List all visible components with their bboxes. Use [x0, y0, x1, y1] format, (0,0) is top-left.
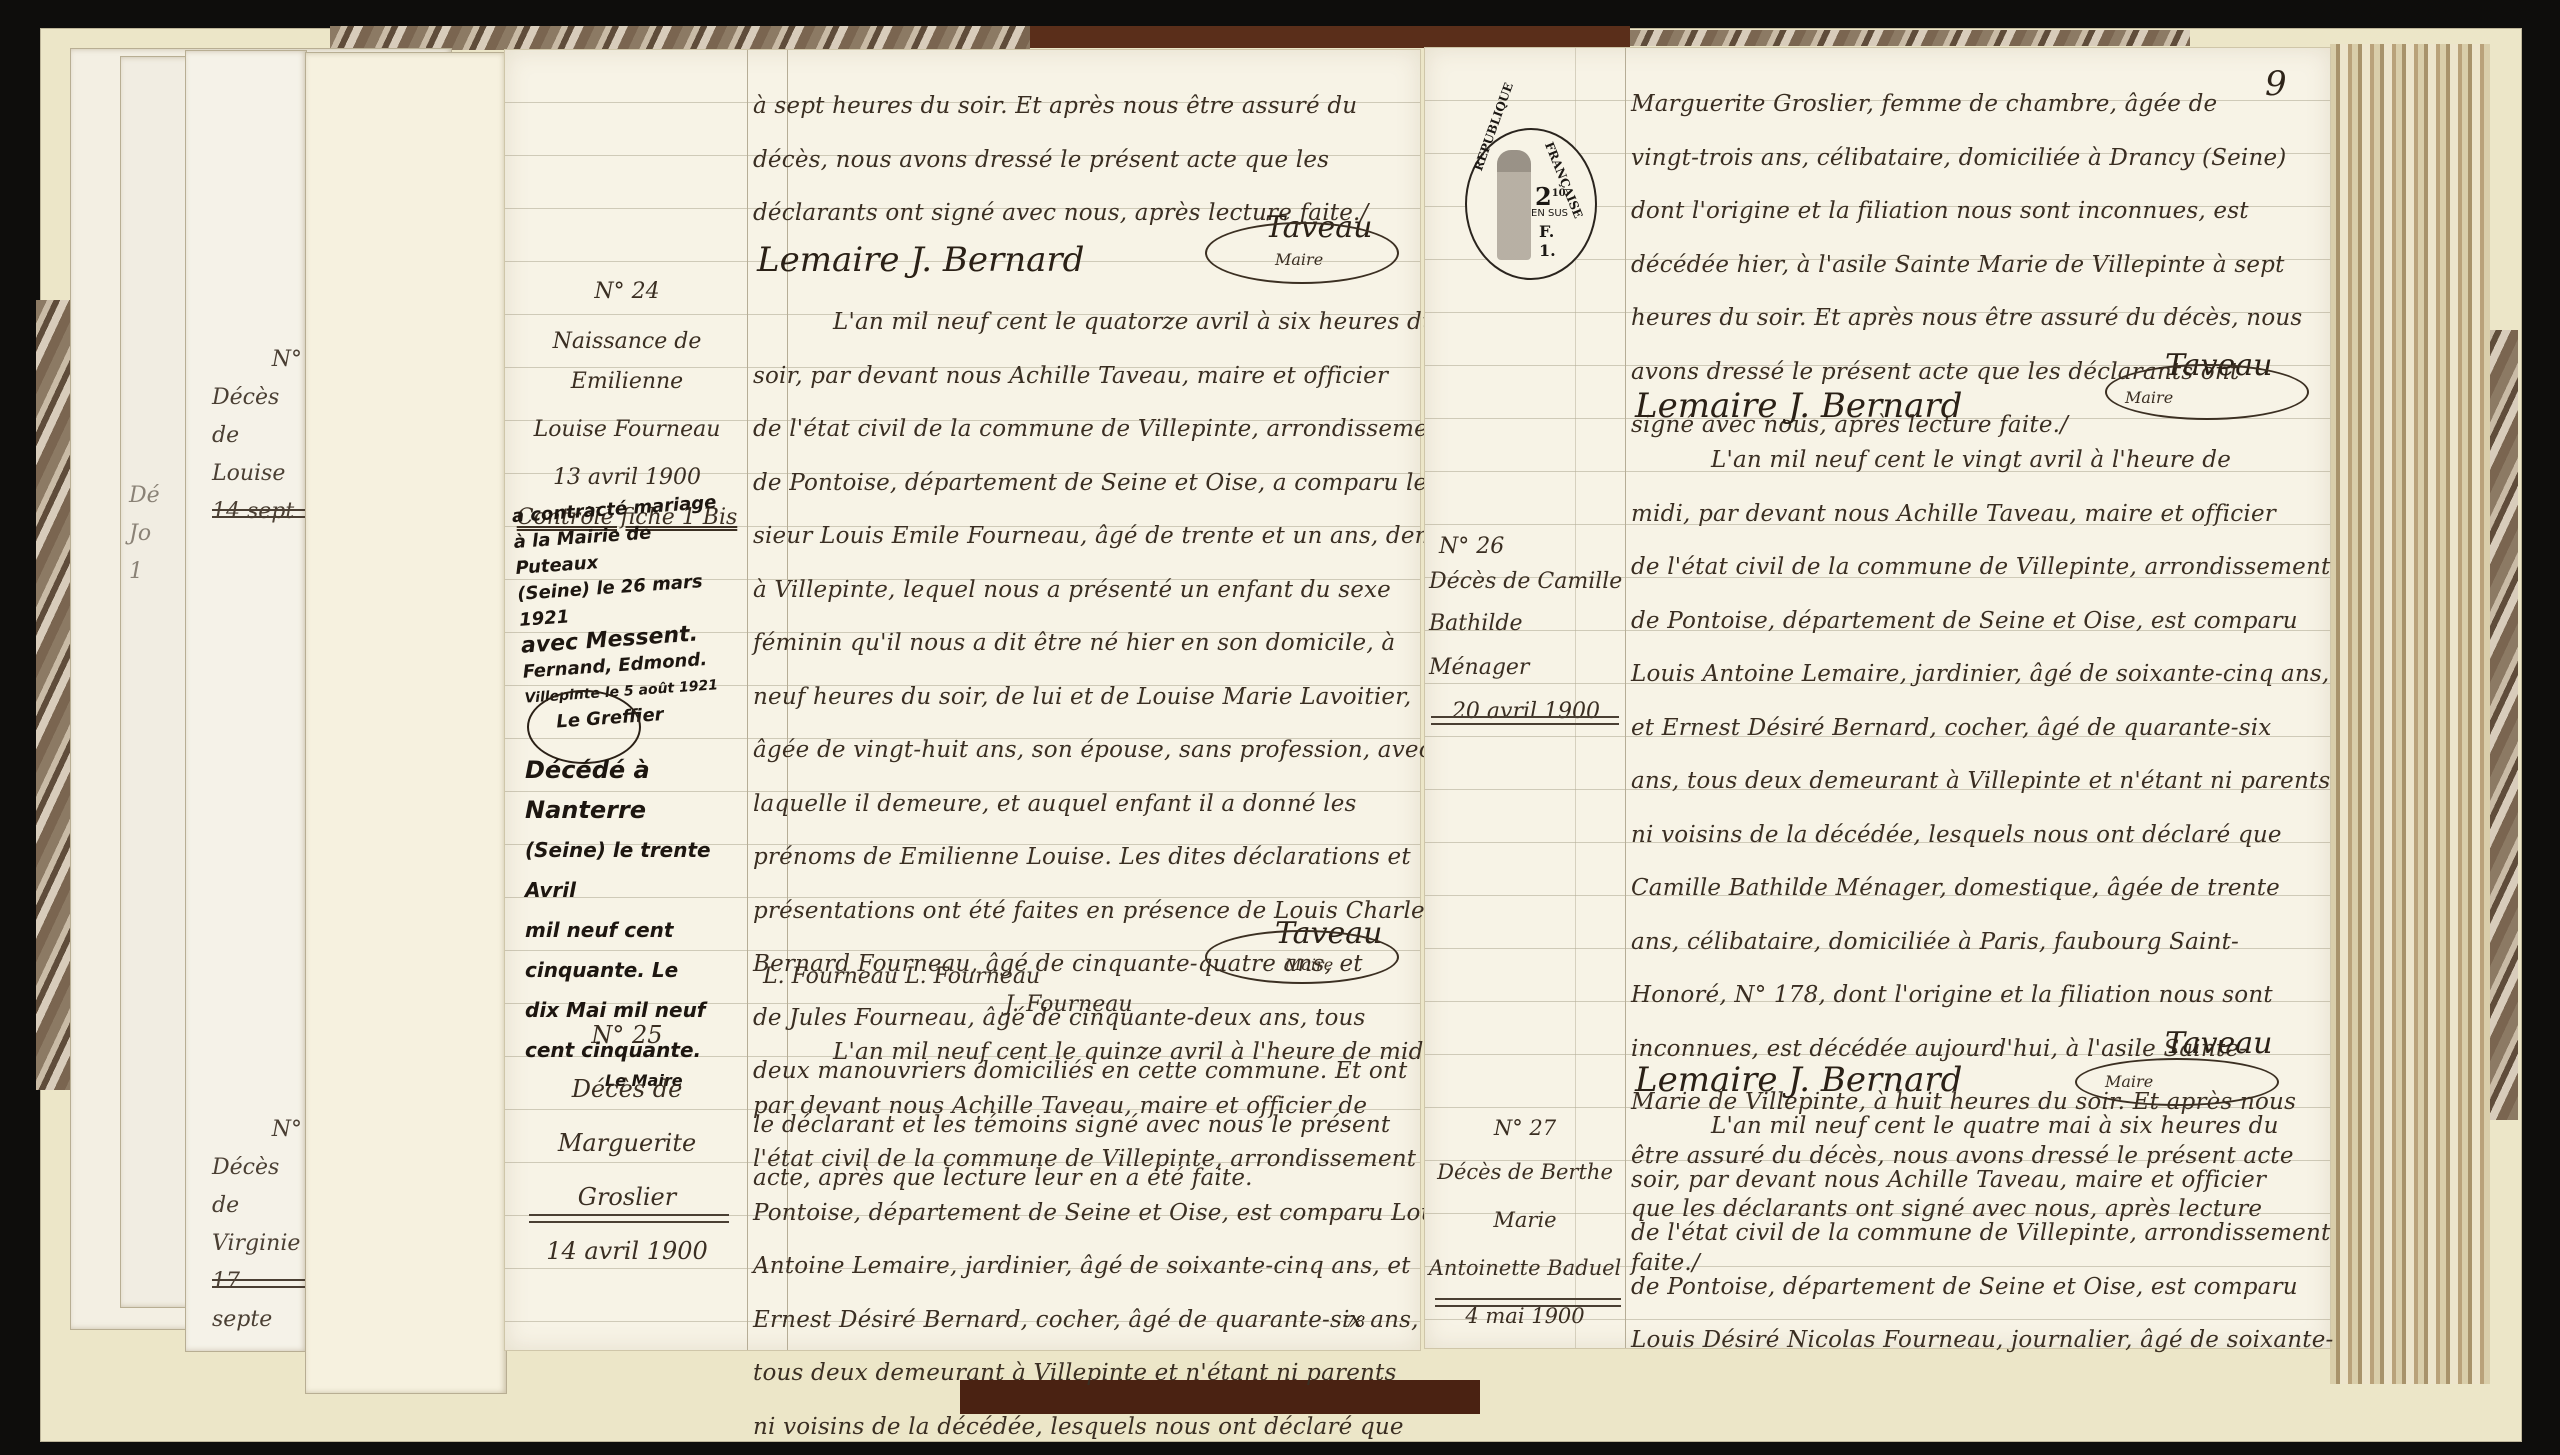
text-line: de Pontoise, département de Seine et Ois…: [1631, 595, 2330, 649]
entry-title: Naissance de Emilienne: [509, 322, 745, 402]
text-line: soir, par devant nous Achille Taveau, ma…: [1631, 1154, 2334, 1208]
under-page-3: N° Décès de Louise 14 sept N° Décès de V…: [185, 50, 307, 1352]
annotation-line: mil neuf cent: [525, 910, 745, 950]
under-page-3-entry-a: N° Décès de Louise 14 sept: [212, 341, 306, 531]
text-line: ni voisins de la décédée, lesquels nous …: [1631, 809, 2330, 863]
entry-title: Décès de: [212, 1149, 306, 1225]
text-line: L'an mil neuf cent le quatorze avril à s…: [753, 296, 1515, 350]
entry-25-text: L'an mil neuf cent le quinze avril à l'h…: [753, 1026, 1455, 1454]
page-number: 78: [1345, 1312, 1365, 1331]
entry-title: Décès de: [212, 379, 306, 455]
text-line: de l'état civil de la commune de Villepi…: [1631, 541, 2330, 595]
text-line: heures du soir. Et après nous être assur…: [1631, 292, 2302, 346]
under-page-2-line: Jo: [129, 515, 160, 553]
witness-signatures: Lemaire J. Bernard: [1635, 386, 1962, 426]
text-line: L'an mil neuf cent le vingt avril à l'he…: [1631, 434, 2330, 488]
witness-signature-3: J. Fourneau: [1005, 992, 1133, 1017]
text-line: prénoms de Emilienne Louise. Les dites d…: [753, 831, 1515, 885]
entry-title: Décès de Berthe Marie: [1427, 1148, 1623, 1244]
text-line: Camille Bathilde Ménager, domestique, âg…: [1631, 862, 2330, 916]
annotation-line: Décédé à Nanterre: [525, 750, 745, 830]
book-spine-top: [1030, 26, 1630, 48]
mayor-title: Maire: [2125, 388, 2173, 407]
text-line: présentations ont été faites en présence…: [753, 885, 1515, 939]
entry-number: N° 25: [509, 1008, 745, 1062]
text-line: sieur Louis Emile Fourneau, âgé de trent…: [753, 510, 1515, 564]
entry-number: N°: [212, 341, 306, 379]
stamp-value-number: 2: [1535, 182, 1552, 211]
text-line: décès, nous avons dressé le présent acte…: [753, 134, 1368, 188]
register-page-right: REPUBLIQUE FRANÇAISE 210 EN SUS F.1. 9 M…: [1425, 48, 2330, 1348]
entry-name: Bathilde Ménager: [1429, 602, 1623, 690]
text-line: féminin qu'il nous a dit être né hier en…: [753, 617, 1515, 671]
entry-number: N° 27: [1427, 1108, 1623, 1148]
text-line: Louis Désiré Nicolas Fourneau, journalie…: [1631, 1314, 2334, 1368]
entry-title: Décès de Camille: [1429, 562, 1623, 602]
text-line: à sept heures du soir. Et après nous êtr…: [753, 80, 1368, 134]
entry-name: Antoinette Baduel: [1427, 1244, 1623, 1292]
text-line: de l'état civil de la commune de Villepi…: [753, 403, 1515, 457]
text-line: ans, tous deux demeurant à Villepinte et…: [1631, 755, 2330, 809]
text-line: Antoine Lemaire, jardinier, âgé de soixa…: [753, 1240, 1455, 1294]
stamp-value-fraction: 10: [1552, 188, 1566, 199]
entry-date: 17 septe: [212, 1263, 306, 1339]
text-line: L'an mil neuf cent le quinze avril à l'h…: [753, 1026, 1455, 1080]
republique-francaise-stamp: REPUBLIQUE FRANÇAISE 210 EN SUS F.1.: [1465, 128, 1597, 280]
entry-number: N° 24: [509, 272, 745, 312]
entry-name: Louise Fourneau: [509, 410, 745, 450]
stamp-f-label: F.: [1539, 222, 1554, 241]
under-page-2-text: Dé Jo 1: [129, 477, 160, 591]
text-line: décédée hier, à l'asile Sainte Marie de …: [1631, 239, 2302, 293]
marbled-cover-top-right: [1630, 30, 2190, 46]
mayor-title: Maire: [2105, 1072, 2153, 1091]
text-line: tous deux demeurant à Villepinte et n'ét…: [753, 1347, 1455, 1401]
mayor-signature: Taveau: [2165, 1026, 2272, 1061]
text-line: âgée de vingt-huit ans, son épouse, sans…: [753, 724, 1515, 778]
text-line: par devant nous Achille Taveau, maire et…: [753, 1080, 1455, 1134]
mayor-title: Maire: [1275, 250, 1323, 269]
under-page-3-entry-b: N° Décès de Virginie 17 septe: [212, 1111, 306, 1339]
text-line: de Pontoise, département de Seine et Ois…: [1631, 1261, 2334, 1315]
text-line: vingt-trois ans, célibataire, domiciliée…: [1631, 132, 2302, 186]
text-line: L'an mil neuf cent le quatre mai à six h…: [1631, 1100, 2334, 1154]
text-line: l'état civil de la commune de Villepinte…: [753, 1133, 1455, 1187]
text-line: laquelle il demeure, et auquel enfant il…: [753, 778, 1515, 832]
text-line: ans, célibataire, domiciliée à Paris, fa…: [1631, 916, 2330, 970]
text-line: Marguerite Groslier, femme de chambre, â…: [1631, 78, 2302, 132]
entry-number: N° 26: [1429, 532, 1623, 562]
entry-25-margin: N° 25 Décès de Marguerite Groslier 14 av…: [509, 1008, 745, 1278]
text-line: à Villepinte, lequel nous a présenté un …: [753, 564, 1515, 618]
stamp-f1: F.1.: [1539, 222, 1556, 260]
text-line: de Pontoise, département de Seine et Ois…: [753, 457, 1515, 511]
under-page-2-line: Dé: [129, 477, 160, 515]
witness-signatures: Lemaire J. Bernard: [757, 240, 1084, 280]
text-line: neuf heures du soir, de lui et de Louise…: [753, 671, 1515, 725]
mayor-title: Maire: [1285, 955, 1333, 974]
page-edges-right: [2330, 44, 2490, 1384]
under-page-4: [305, 52, 507, 1394]
annotation-line: (Seine) le trente Avril: [525, 830, 745, 910]
witness-signatures: Lemaire J. Bernard: [1635, 1060, 1962, 1100]
entry-separator: [529, 1214, 729, 1223]
witness-signatures: L. Fourneau L. Fourneau: [763, 964, 1040, 989]
entry-separator: [212, 509, 306, 518]
entry-date: 20 avril 1900: [1429, 690, 1623, 734]
text-line: de l'état civil de la commune de Villepi…: [1631, 1207, 2334, 1261]
entry-number: N°: [212, 1111, 306, 1149]
text-line: soir, par devant nous Achille Taveau, ma…: [753, 350, 1515, 404]
marbled-cover-top-left: [330, 26, 1030, 50]
text-line: Pontoise, département de Seine et Oise, …: [753, 1187, 1455, 1241]
entry-27-text: L'an mil neuf cent le quatre mai à six h…: [1631, 1100, 2334, 1368]
entry-date: 14 avril 1900: [509, 1224, 745, 1278]
entry-separator: [1431, 716, 1619, 725]
text-line: dont l'origine et la filiation nous sont…: [1631, 185, 2302, 239]
entry-separator: [212, 1279, 306, 1288]
annotation-line: cinquante. Le: [525, 950, 745, 990]
text-line: midi, par devant nous Achille Taveau, ma…: [1631, 488, 2330, 542]
marianne-figure-icon: [1497, 150, 1531, 260]
text-line: Honoré, N° 178, dont l'origine et la fil…: [1631, 969, 2330, 1023]
register-page-left: à sept heures du soir. Et après nous êtr…: [505, 50, 1420, 1350]
text-line: et Ernest Désiré Bernard, cocher, âgé de…: [1631, 702, 2330, 756]
text-line: Louis Antoine Lemaire, jardinier, âgé de…: [1631, 648, 2330, 702]
text-line: ni voisins de la décédée, lesquels nous …: [753, 1401, 1455, 1455]
stamp-value: 210: [1535, 182, 1566, 211]
stamp-ensus: EN SUS: [1531, 208, 1568, 219]
margin-line: [1625, 48, 1626, 1348]
stamp-f-value: 1.: [1539, 241, 1556, 260]
entry-name: Louise: [212, 455, 306, 493]
entry-separator: [1435, 1298, 1621, 1307]
entry-title: Décès de Marguerite: [509, 1062, 745, 1170]
entry-name: Virginie: [212, 1225, 306, 1263]
under-page-2-line: 1: [129, 553, 160, 591]
entry-26-margin: N° 26 Décès de Camille Bathilde Ménager …: [1429, 532, 1623, 734]
